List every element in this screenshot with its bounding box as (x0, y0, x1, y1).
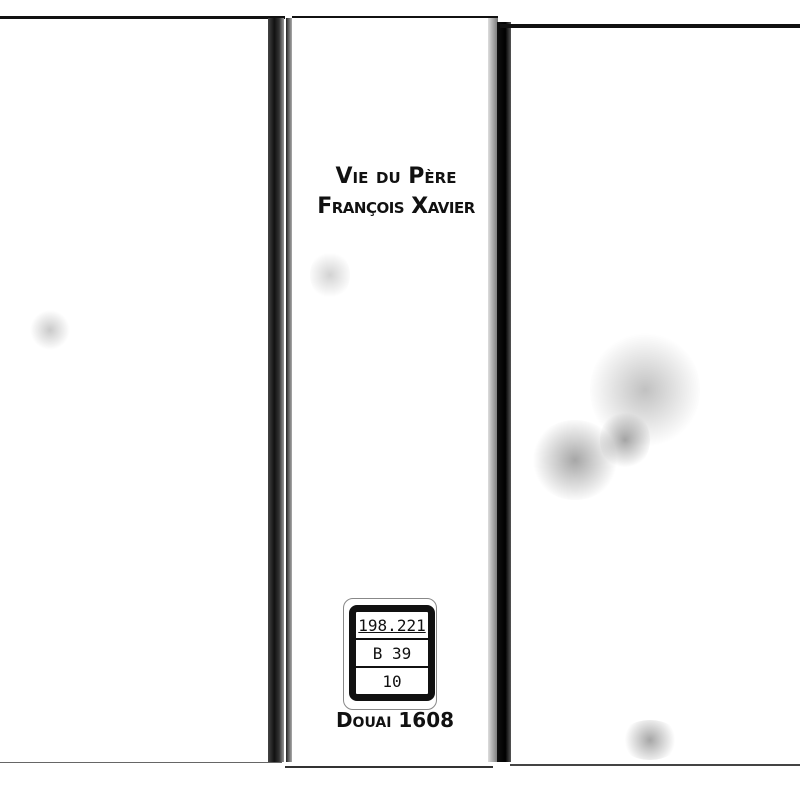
spine-bottom-edge (285, 766, 493, 768)
stain (600, 410, 650, 470)
call-number-cutter: B 39 (356, 640, 428, 668)
front-cover-bottom-edge (510, 764, 800, 766)
spine-imprint: Douai 1608 (320, 708, 470, 732)
spine-title-line-1: Vie du Père (296, 162, 496, 192)
spine-top-edge (292, 16, 498, 18)
shelf-label-frame: 198.221 B 39 10 (349, 605, 435, 701)
call-number-class: 198.221 (356, 612, 428, 640)
spine-title: Vie du Père François Xavier (296, 162, 496, 222)
back-cover (0, 16, 278, 762)
left-hinge-line (286, 18, 292, 762)
stain (620, 720, 680, 760)
stain (30, 310, 70, 350)
front-cover-top-edge (500, 24, 800, 28)
spine-title-line-2: François Xavier (296, 192, 496, 222)
shelf-label: 198.221 B 39 10 (343, 598, 437, 710)
left-hinge-shadow (268, 18, 284, 762)
back-cover-top-edge (0, 16, 285, 19)
back-cover-bottom-edge (0, 762, 282, 763)
stain (310, 250, 350, 300)
call-number-volume: 10 (356, 668, 428, 694)
right-hinge-line (497, 22, 511, 762)
